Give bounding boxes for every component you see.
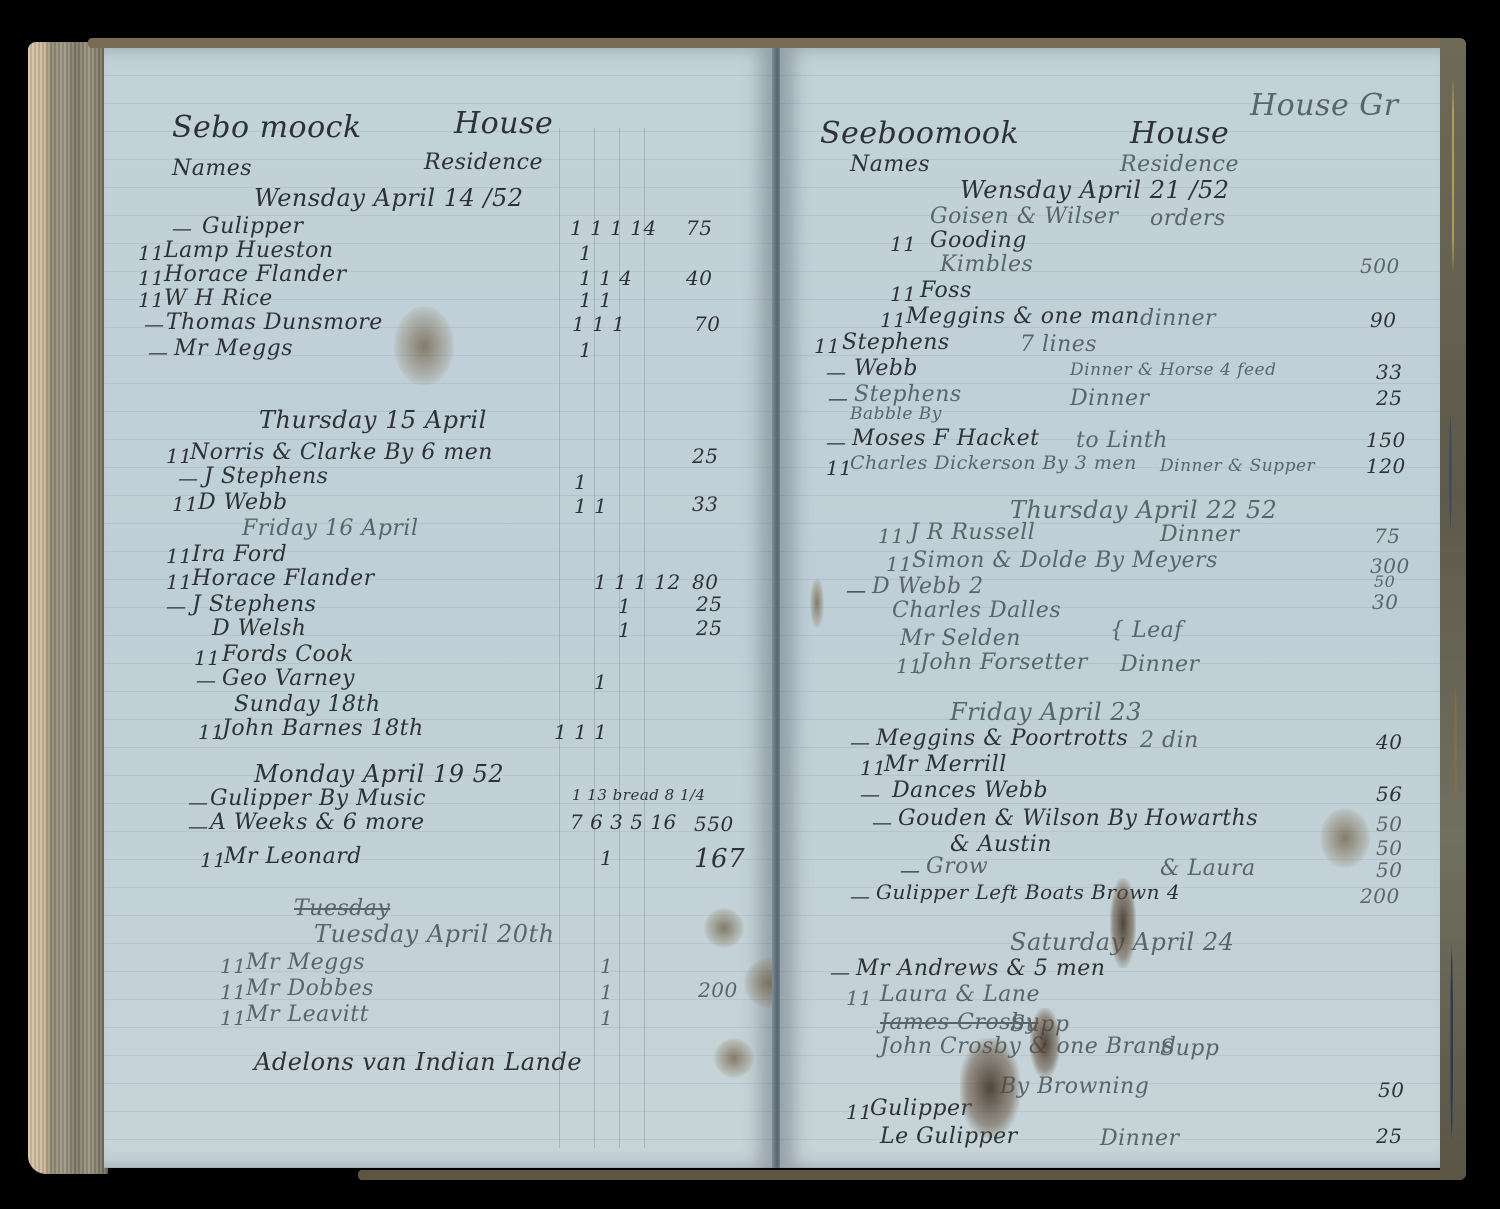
entry-name: D Webb [198, 490, 288, 515]
entry-mark: — [850, 884, 871, 908]
entry-mark: 11 [890, 232, 916, 256]
entry-amount: 50 [1376, 858, 1402, 882]
entry-counts: 1 13 bread 8 1/4 [572, 786, 706, 804]
entry-counts: 1 1 1 [554, 720, 607, 744]
entry-mark: 11 [896, 654, 922, 678]
entry-name: Fords Cook [222, 642, 354, 667]
column-rule [644, 128, 645, 1148]
entry-name: By Browning [1000, 1074, 1149, 1099]
day-heading: Tuesday April 20th [314, 920, 555, 948]
entry-counts: 1 [618, 618, 631, 642]
column-header-residence: Residence [424, 150, 543, 175]
entry-name: Gooding [930, 228, 1027, 253]
entry-name: Mr Meggs [246, 950, 365, 975]
entry-mark: 11 [890, 282, 916, 306]
ink-stain [1320, 808, 1370, 868]
entry-mark: 11 [880, 308, 906, 332]
entry-amount: 30 [1372, 590, 1398, 614]
entry-mark: 11 [878, 524, 904, 548]
entry-amount: 75 [1374, 524, 1400, 548]
entry-note: & Laura [1160, 856, 1256, 881]
entry-mark: 11 [826, 456, 852, 480]
entry-mark: — [860, 782, 881, 806]
footer-note: Adelons van Indian Lande [254, 1048, 582, 1076]
entry-amount: 25 [696, 616, 722, 640]
entry-note: dinner [1140, 306, 1216, 331]
cover-top-edge [88, 38, 1446, 48]
entry-amount: 50 [1376, 812, 1402, 836]
entry-counts: 1 1 1 [572, 312, 625, 336]
entry-mark: — [828, 386, 849, 410]
entry-name: Gulipper By Music [210, 786, 426, 811]
entry-name-struck: Tuesday [294, 896, 390, 921]
entry-name: Charles Dickerson By 3 men [850, 452, 1137, 474]
entry-mark: — [178, 466, 199, 490]
entry-name: Charles Dalles [892, 598, 1061, 623]
entry-mark: — [846, 578, 867, 602]
entry-mark: — [166, 594, 187, 618]
entry-counts: 1 1 1 12 [594, 570, 681, 594]
entry-mark: 11 [814, 334, 840, 358]
entry-note: Dinner [1120, 652, 1200, 677]
entry-name: Mr Leonard [224, 844, 362, 869]
entry-counts: 1 [600, 980, 613, 1004]
entry-name: John Crosby & one Brand [880, 1034, 1176, 1059]
entry-note: Supp [1160, 1036, 1219, 1061]
entry-mark: 11 [172, 492, 198, 516]
entry-amount: 40 [1376, 730, 1402, 754]
entry-name: Gouden & Wilson By Howarths [898, 806, 1258, 831]
entry-amount: 50 [1378, 1078, 1404, 1102]
entry-name: Dances Webb [892, 778, 1048, 803]
page-block-edge [28, 42, 108, 1174]
entry-mark: 11 [220, 980, 246, 1004]
entry-amount: 80 [692, 570, 718, 594]
entry-note: 7 lines [1020, 332, 1097, 357]
entry-name: Meggins & Poortrotts [876, 726, 1128, 751]
column-header-names: Names [172, 156, 252, 181]
entry-counts: 1 [600, 846, 613, 870]
entry-note: Dinner [1070, 386, 1150, 411]
entry-amount: 33 [692, 492, 718, 516]
entry-name: Moses F Hacket [852, 426, 1039, 451]
column-header-house: House [454, 106, 553, 141]
ink-stain [1030, 1008, 1060, 1078]
entry-mark: 11 [860, 756, 886, 780]
corner-note: House Gr [1250, 88, 1399, 123]
entry-name: Goisen & Wilser [930, 204, 1119, 229]
entry-mark: — [850, 730, 871, 754]
entry-amount: 25 [692, 444, 718, 468]
entry-mark: 11 [166, 544, 192, 568]
entry-name: A Weeks & 6 more [210, 810, 425, 835]
entry-mark: — [144, 312, 165, 336]
entry-note: Dinner [1160, 522, 1240, 547]
entry-amount: 40 [686, 266, 712, 290]
entry-mark: — [188, 790, 209, 814]
entry-note: Dinner & Horse 4 feed [1070, 360, 1276, 380]
entry-note: to Linth [1076, 428, 1168, 453]
entry-name: D Webb 2 [872, 574, 984, 599]
page-title: Seeboomook [820, 116, 1019, 151]
entry-counts: 1 [579, 241, 592, 265]
entry-mark: 11 [886, 552, 912, 576]
entry-name: Laura & Lane [880, 982, 1040, 1007]
entry-amount: 70 [694, 312, 720, 336]
entry-name: Lamp Hueston [164, 238, 334, 263]
entry-amount: 33 [1376, 360, 1402, 384]
entry-mark: 11 [220, 1006, 246, 1030]
entry-counts: 1 [594, 670, 607, 694]
day-heading: Thursday 15 April [259, 406, 487, 434]
entry-mark: 11 [138, 288, 164, 312]
entry-counts: 1 1 1 14 [570, 216, 657, 240]
entry-amount: 50 [1374, 572, 1395, 591]
entry-name: Sunday 18th [234, 692, 381, 717]
entry-amount: 25 [1376, 1124, 1402, 1148]
marbled-cover-edge [1440, 38, 1466, 1180]
entry-name: Norris & Clarke By 6 men [190, 440, 493, 465]
left-page: Sebo moock House Names Residence Wensday… [104, 48, 774, 1168]
entry-amount: 90 [1370, 308, 1396, 332]
ink-stain [714, 1038, 754, 1078]
entry-amount: 150 [1366, 428, 1406, 452]
column-rule [559, 128, 560, 1148]
entry-mark: — [172, 216, 193, 240]
entry-name: John Forsetter [920, 650, 1088, 675]
entry-name: J R Russell [910, 520, 1035, 545]
entry-note: orders [1150, 206, 1226, 231]
right-page: Seeboomook House House Gr Names Residenc… [780, 48, 1440, 1168]
entry-amount: 500 [1360, 254, 1400, 278]
entry-mark: — [830, 960, 851, 984]
entry-counts: 7 6 3 5 16 [570, 810, 677, 834]
day-heading: Wensday April 21 /52 [960, 176, 1230, 204]
entry-counts: 1 [600, 954, 613, 978]
entry-counts: 1 [600, 1006, 613, 1030]
entry-name: Babble By [850, 404, 942, 424]
ink-stain [394, 306, 454, 386]
column-header-residence: Residence [1120, 152, 1239, 177]
entry-mark: — [826, 430, 847, 454]
entry-name: Gulipper [870, 1096, 972, 1121]
entry-amount: 200 [1360, 884, 1400, 908]
entry-mark: — [826, 360, 847, 384]
entry-name: Friday 16 April [242, 516, 419, 541]
entry-name: J Stephens [204, 464, 328, 489]
entry-name: Stephens [842, 330, 950, 355]
entry-mark: 11 [846, 1100, 872, 1124]
entry-name: Mr Andrews & 5 men [856, 956, 1105, 981]
entry-counts: 1 1 [574, 494, 607, 518]
entry-name: W H Rice [164, 286, 273, 311]
entry-mark: 11 [194, 646, 220, 670]
entry-amount: 200 [698, 978, 738, 1002]
entry-note: Dinner [1100, 1126, 1180, 1151]
cover-bottom-edge [358, 1170, 1446, 1180]
page-title: Sebo moock [172, 110, 362, 145]
open-ledger-book: Sebo moock House Names Residence Wensday… [28, 38, 1466, 1180]
entry-name: D Welsh [212, 616, 306, 641]
entry-name: Mr Leavitt [246, 1002, 369, 1027]
entry-note: Dinner & Supper [1160, 456, 1315, 476]
entry-name: Kimbles [940, 252, 1033, 277]
entry-name: Meggins & one man [906, 304, 1140, 329]
entry-counts: 1 [618, 594, 631, 618]
entry-name: Foss [920, 278, 972, 303]
day-heading: Friday April 23 [950, 698, 1142, 726]
entry-name: Mr Dobbes [246, 976, 374, 1001]
entry-amount: 25 [696, 592, 722, 616]
entry-name: Webb [854, 356, 918, 381]
entry-name: Thomas Dunsmore [166, 310, 383, 335]
ink-stain [810, 578, 824, 628]
entry-counts: 1 1 4 [579, 266, 632, 290]
entry-note: { Leaf [1110, 618, 1183, 643]
entry-mark: — [188, 814, 209, 838]
entry-name: Gulipper [202, 214, 304, 239]
entry-name: Mr Merrill [884, 752, 1007, 777]
day-heading: Wensday April 14 /52 [254, 184, 524, 212]
entry-name: Horace Flander [164, 262, 347, 287]
entry-name: Simon & Dolde By Meyers [912, 548, 1218, 573]
entry-mark: 11 [166, 570, 192, 594]
entry-amount: 56 [1376, 782, 1402, 806]
ink-stain [704, 908, 744, 948]
entry-counts: 1 [579, 338, 592, 362]
entry-name: Grow [926, 854, 988, 879]
column-header-house: House [1130, 116, 1229, 151]
entry-amount: 120 [1366, 454, 1406, 478]
entry-name: John Barnes 18th [222, 716, 424, 741]
entry-name: Mr Selden [900, 626, 1021, 651]
entry-mark: 11 [138, 241, 164, 265]
ink-stain [960, 1038, 1020, 1138]
entry-mark: 11 [198, 720, 224, 744]
entry-name: Geo Varney [222, 666, 355, 691]
entry-amount: 167 [694, 844, 745, 874]
entry-mark: 11 [138, 266, 164, 290]
entry-name: Mr Meggs [174, 336, 293, 361]
entry-mark: — [196, 668, 217, 692]
entry-mark: — [148, 340, 169, 364]
day-heading: Thursday April 22 52 [1010, 496, 1277, 524]
entry-name: J Stephens [192, 592, 316, 617]
ink-stain [1110, 878, 1136, 968]
entry-name: Ira Ford [192, 542, 287, 567]
day-heading: Monday April 19 52 [254, 760, 504, 788]
entry-amount: 550 [694, 812, 734, 836]
entry-mark: 11 [220, 954, 246, 978]
entry-note: 2 din [1140, 728, 1199, 753]
entry-amount: 75 [686, 216, 712, 240]
entry-mark: 11 [200, 848, 226, 872]
entry-mark: — [872, 810, 893, 834]
entry-counts: 1 [574, 470, 587, 494]
entry-amount: 25 [1376, 386, 1402, 410]
entry-name: Horace Flander [192, 566, 375, 591]
column-header-names: Names [850, 152, 930, 177]
entry-mark: 11 [166, 444, 192, 468]
entry-amount: 50 [1376, 836, 1402, 860]
entry-mark: — [900, 858, 921, 882]
entry-mark: 11 [846, 986, 872, 1010]
entry-counts: 1 1 [579, 288, 612, 312]
